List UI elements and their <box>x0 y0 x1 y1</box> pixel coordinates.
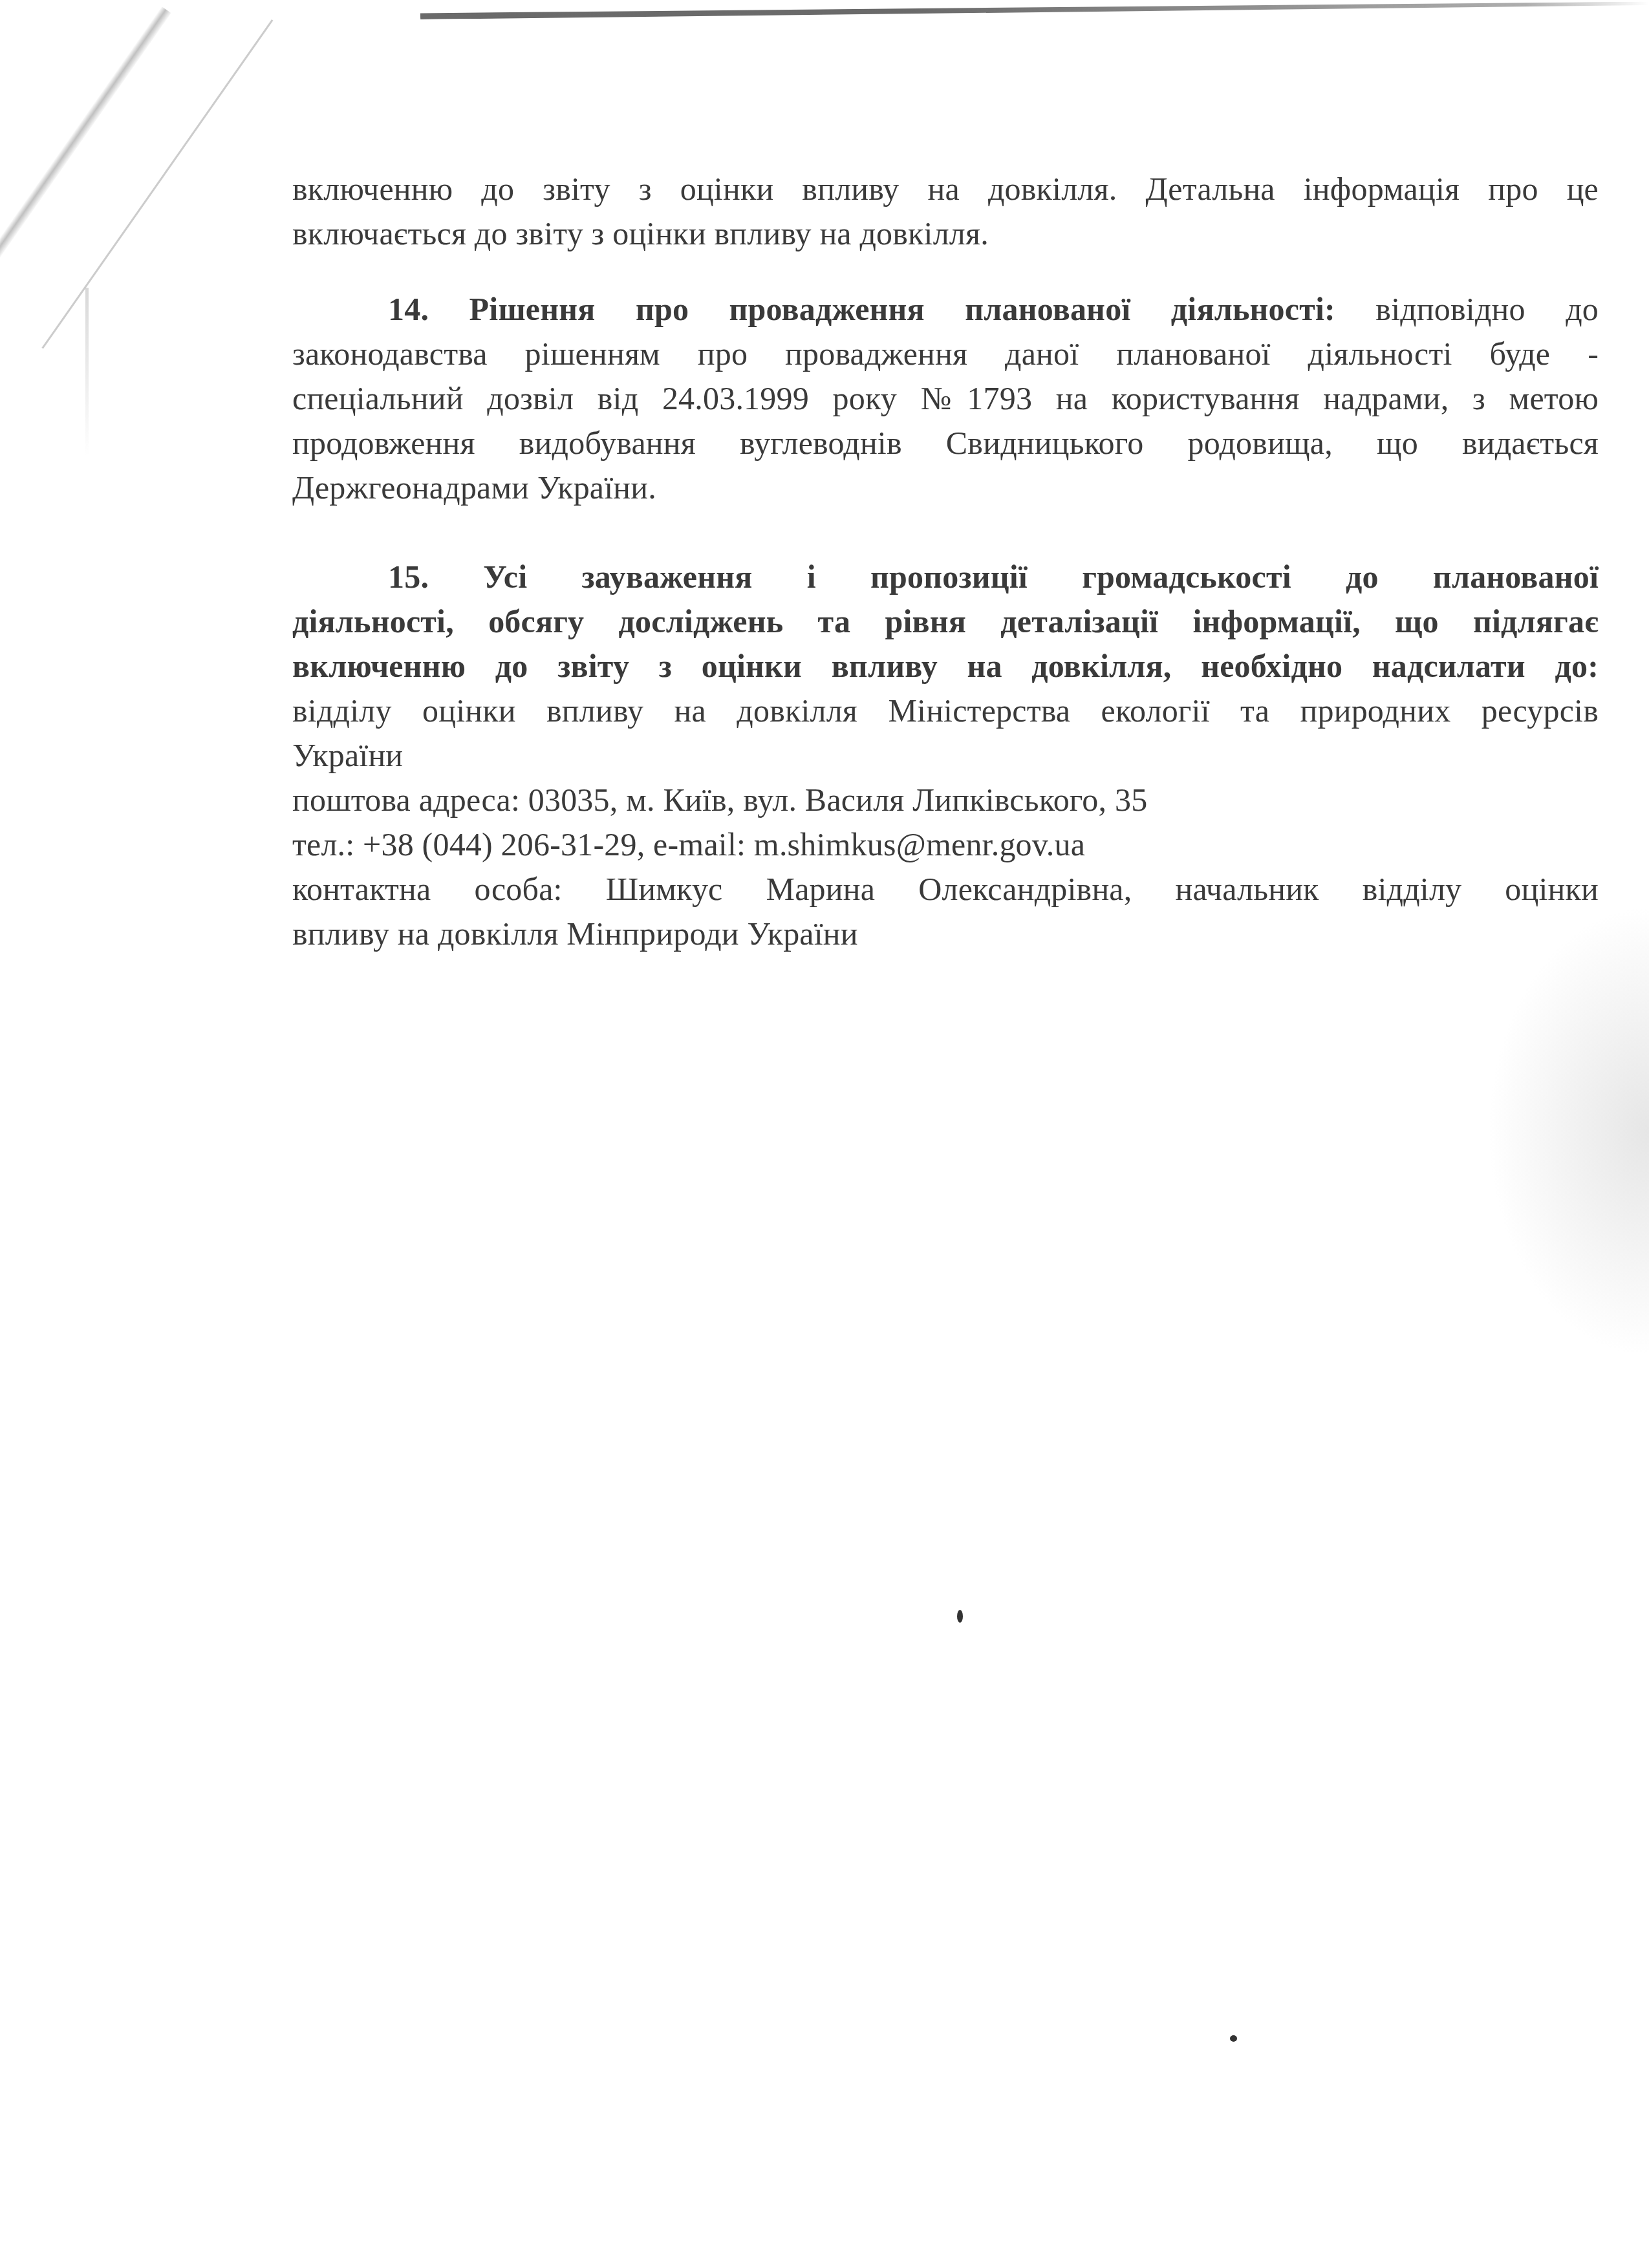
section-15-heading-line: включенню до звіту з оцінки впливу на до… <box>292 644 1599 689</box>
scan-top-edge-shadow <box>420 1 1649 19</box>
section-15-first-line: 15. Усі зауваження і пропозиції громадсь… <box>292 555 1599 599</box>
section-14: 14. Рішення про провадження планованої д… <box>292 287 1599 510</box>
scan-right-shadow <box>1487 905 1649 1358</box>
text-line: включенню до звіту з оцінки впливу на до… <box>292 167 1599 211</box>
postal-address: поштова адреса: 03035, м. Київ, вул. Вас… <box>292 778 1599 822</box>
text-line: спеціальний дозвіл від 24.03.1999 року №… <box>292 376 1599 421</box>
recipient-line: України <box>292 733 1599 778</box>
text-line: включається до звіту з оцінки впливу на … <box>292 211 1599 256</box>
contact-person-line: контактна особа: Шимкус Марина Олександр… <box>292 867 1599 912</box>
section-15-heading-line: Усі зауваження і пропозиції громадськост… <box>483 559 1599 595</box>
scan-speck <box>1230 2035 1237 2042</box>
section-15-number: 15. <box>388 559 429 595</box>
scan-left-edge <box>85 288 89 456</box>
contact-person-line: впливу на довкілля Мінприроди України <box>292 912 1599 956</box>
text-line: Держгеонадрами України. <box>292 465 1599 510</box>
text-line: продовження видобування вуглеводнів Свид… <box>292 421 1599 465</box>
text-line: законодавства рішенням про провадження д… <box>292 332 1599 376</box>
scan-fold-line <box>41 19 273 349</box>
phone-email: тел.: +38 (044) 206-31-29, e-mail: m.shi… <box>292 822 1599 867</box>
section-14-number: 14. <box>388 291 429 327</box>
section-15: 15. Усі зауваження і пропозиції громадсь… <box>292 555 1599 956</box>
scan-speck <box>957 1610 963 1623</box>
section-14-first-line: 14. Рішення про провадження планованої д… <box>292 287 1599 332</box>
section-14-heading: Рішення про провадження планованої діяль… <box>469 291 1335 327</box>
text-fragment: відповідно до <box>1335 291 1599 327</box>
continuation-paragraph: включенню до звіту з оцінки впливу на до… <box>292 167 1599 256</box>
recipient-line: відділу оцінки впливу на довкілля Мініст… <box>292 689 1599 733</box>
section-15-heading-line: діяльності, обсягу досліджень та рівня д… <box>292 599 1599 644</box>
